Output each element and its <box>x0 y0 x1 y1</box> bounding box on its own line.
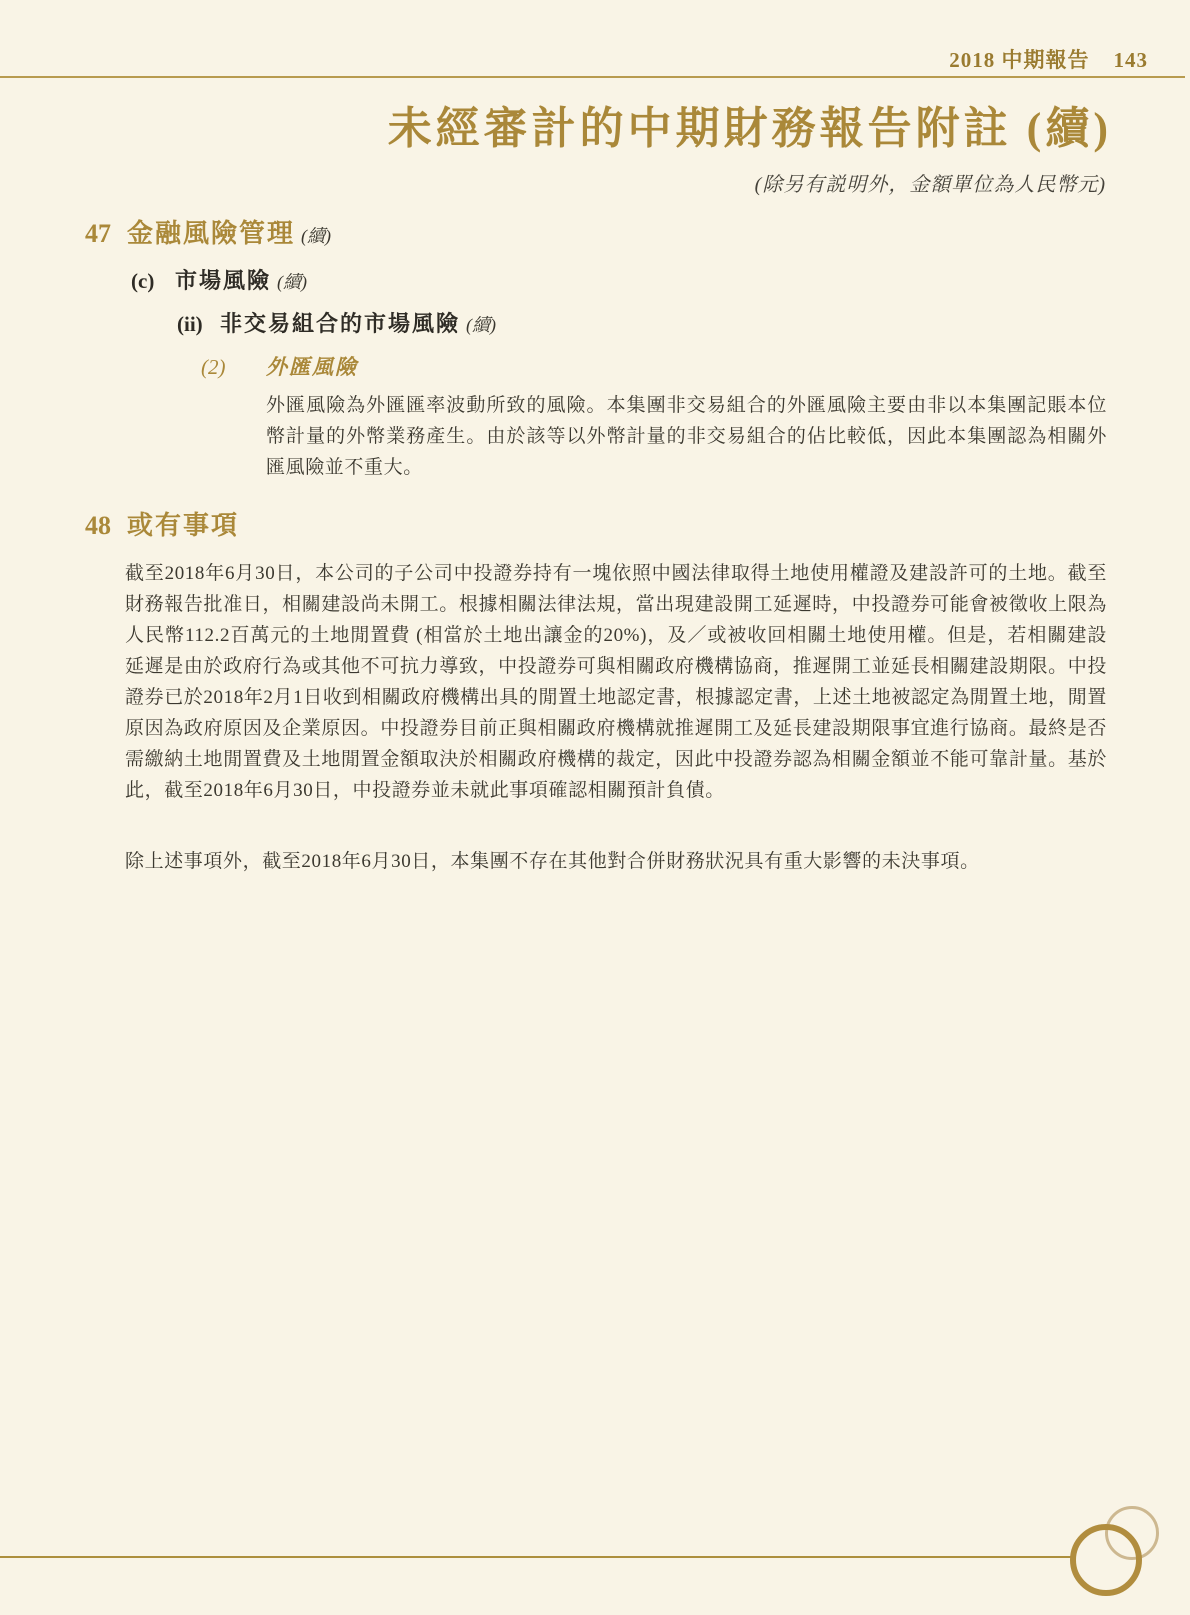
subsection-label: (c) <box>131 269 175 294</box>
header-rule <box>0 76 1185 78</box>
subsection-label: (ii) <box>177 312 220 337</box>
report-title: 2018 中期報告 <box>949 48 1089 72</box>
subsection-2-heading: (2) 外匯風險 <box>201 352 1107 382</box>
contingency-paragraph: 截至2018年6月30日，本公司的子公司中投證券持有一塊依照中國法律取得土地使用… <box>125 558 1107 806</box>
section-48-contingencies: 48或有事項 截至2018年6月30日，本公司的子公司中投證券持有一塊依照中國法… <box>85 510 1107 877</box>
subsection-label: (2) <box>201 355 266 380</box>
section-title: 或有事項 <box>127 511 239 540</box>
page-header: 2018 中期報告143 <box>0 44 1148 74</box>
fx-risk-paragraph: 外匯風險為外匯匯率波動所致的風險。本集團非交易組合的外匯風險主要由非以本集團記賬… <box>266 390 1107 483</box>
subsection-c-heading: (c) 市場風險(續) <box>131 266 1107 297</box>
section-47-financial-risk-management: 47金融風險管理(續) (c) 市場風險(續) (ii) 非交易組合的市場風險(… <box>85 218 1107 483</box>
section-48-heading: 48或有事項 <box>85 510 1107 542</box>
section-title: 金融風險管理 <box>127 219 295 248</box>
continued-marker: (續) <box>277 272 307 292</box>
page-number: 143 <box>1114 48 1149 72</box>
document-page: 2018 中期報告143 未經審計的中期財務報告附註 (續) (除另有説明外，金… <box>0 0 1190 1615</box>
footer-decoration-circle-large <box>1070 1524 1142 1596</box>
document-title: 未經審計的中期財務報告附註 (續) <box>0 100 1112 158</box>
section-47-heading: 47金融風險管理(續) <box>85 218 1107 252</box>
footer-rule <box>0 1556 1072 1558</box>
section-number: 48 <box>85 510 127 542</box>
section-number: 47 <box>85 218 127 250</box>
subsection-title: 外匯風險 <box>266 352 358 382</box>
closing-paragraph: 除上述事項外，截至2018年6月30日，本集團不存在其他對合併財務狀況具有重大影… <box>125 846 1107 877</box>
document-subtitle: (除另有説明外，金額單位為人民幣元) <box>0 168 1106 197</box>
continued-marker: (續) <box>466 315 496 335</box>
continued-marker: (續) <box>301 226 331 246</box>
subsection-ii-heading: (ii) 非交易組合的市場風險(續) <box>177 309 1107 340</box>
subsection-title: 市場風險(續) <box>175 266 307 297</box>
subsection-title: 非交易組合的市場風險(續) <box>220 309 496 340</box>
